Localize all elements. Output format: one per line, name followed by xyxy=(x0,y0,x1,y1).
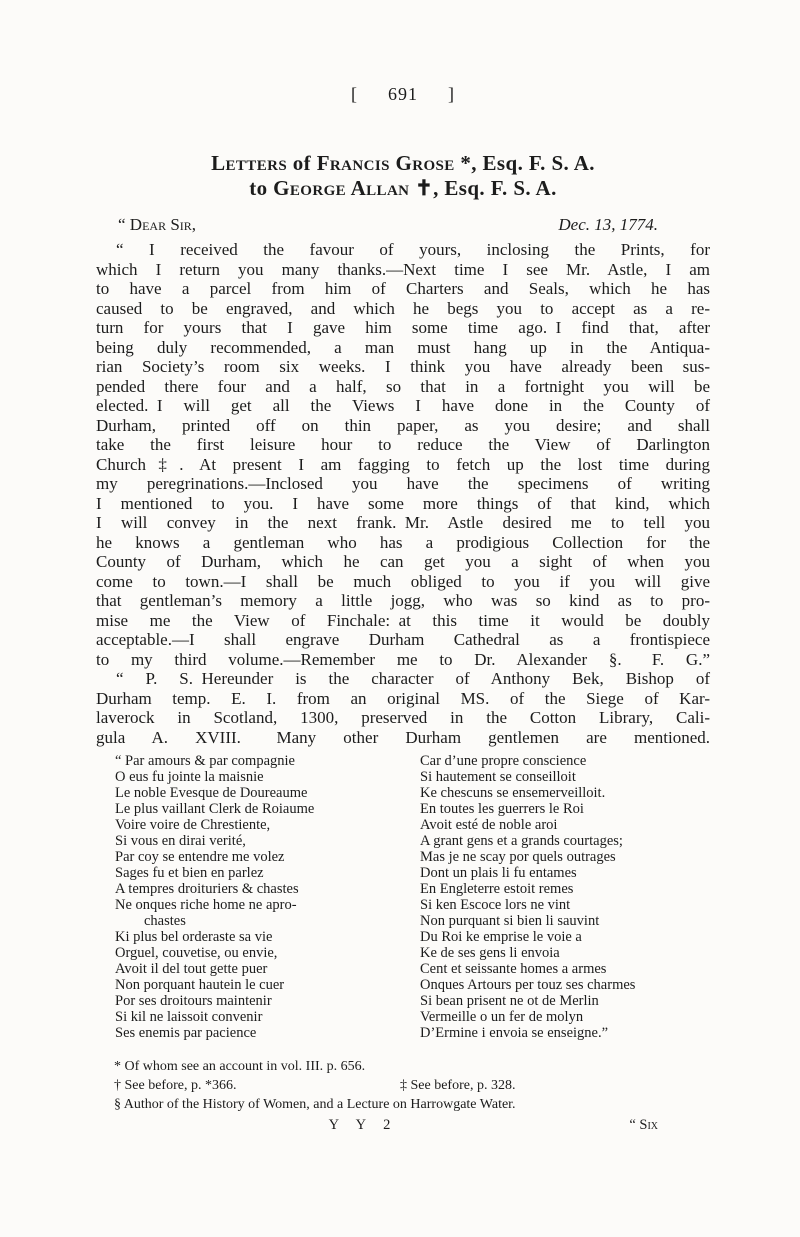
verse-line: Si vous en dirai verité, xyxy=(115,833,420,849)
article-title-line-1: Letters of Francis Grose *, Esq. F. S. A… xyxy=(96,151,710,176)
footnotes: * Of whom see an account in vol. III. p.… xyxy=(114,1057,710,1114)
letter-line: to have a parcel from him of Charters an… xyxy=(96,279,710,299)
salutation-row: “ Dear Sir, Dec. 13, 1774. xyxy=(96,215,710,235)
verse-line: Voire voire de Chrestiente, xyxy=(115,817,420,833)
verse-line: Avoit il del tout gette puer xyxy=(115,961,420,977)
catchword: “ Six xyxy=(629,1117,658,1134)
title-author-name: Francis Grose xyxy=(317,151,455,175)
letter-line: acceptable.—I shall engrave Durham Cathe… xyxy=(96,630,710,650)
footnote-asterisk: * Of whom see an account in vol. III. p.… xyxy=(114,1057,710,1076)
verse-line: A tempres droituriers & chastes xyxy=(115,881,420,897)
verse-line: Avoit esté de noble aroi xyxy=(420,817,710,833)
letter-line: which I return you many thanks.—Next tim… xyxy=(96,260,710,280)
verse-line: Mas je ne scay por quels outrages xyxy=(420,849,710,865)
letter-line: that gentleman’s memory a little jogg, w… xyxy=(96,591,710,611)
book-page: [691] Letters of Francis Grose *, Esq. F… xyxy=(0,0,800,1237)
verse-line: D’Ermine i envoia se enseigne.” xyxy=(420,1025,710,1041)
article-title-line-2: to George Allan ✝, Esq. F. S. A. xyxy=(96,176,710,201)
title-word-letters: Letters xyxy=(211,151,287,175)
verse-line: Onques Artours per touz ses charmes xyxy=(420,977,710,993)
postscript-line: “ P. S. Hereunder is the character of An… xyxy=(96,669,710,689)
verse-line: Orguel, couvetise, ou envie, xyxy=(115,945,420,961)
salutation-text: “ Dear Sir, xyxy=(96,215,196,235)
verse-line: En toutes les guerrers le Roi xyxy=(420,801,710,817)
letter-line: I will convey in the next frank. Mr. Ast… xyxy=(96,513,710,533)
verse-line: Si hautement se conseilloit xyxy=(420,769,710,785)
verse-line: Ki plus bel orderaste sa vie xyxy=(115,929,420,945)
letter-line: come to town.—I shall be much obliged to… xyxy=(96,572,710,592)
verse-line: Por ses droitours maintenir xyxy=(115,993,420,1009)
verse-line: chastes xyxy=(115,913,420,929)
letter-line: pended there four and a half, so that in… xyxy=(96,377,710,397)
verse-line: Ses enemis par pacience xyxy=(115,1025,420,1041)
verse-column-right: Car d’une propre conscienceSi hautement … xyxy=(420,753,710,1041)
verse-line: Vermeille o un fer de molyn xyxy=(420,1009,710,1025)
postscript-line: gula A. XVIII. Many other Durham gentlem… xyxy=(96,728,710,748)
verse-line: Ke de ses gens li envoia xyxy=(420,945,710,961)
footnote-section: § Author of the History of Women, and a … xyxy=(114,1095,710,1114)
letter-date: Dec. 13, 1774. xyxy=(558,215,658,235)
footnote-double-dagger: ‡ See before, p. 328. xyxy=(400,1078,515,1093)
folio-bracket-left: [ xyxy=(351,84,358,104)
folio-number: 691 xyxy=(388,84,418,105)
title-line1-tail: *, Esq. F. S. A. xyxy=(455,151,595,175)
page-footer: Y Y 2 “ Six xyxy=(96,1117,710,1137)
verse-line: Dont un plais li fu entames xyxy=(420,865,710,881)
postscript: “ P. S. Hereunder is the character of An… xyxy=(96,669,710,747)
letter-line: caused to be engraved, and which he begs… xyxy=(96,299,710,319)
verse-line: Non porquant hautein le cuer xyxy=(115,977,420,993)
verse-line: Le noble Evesque de Doureaume xyxy=(115,785,420,801)
verse-line: Ke chescuns se ensemerveilloit. xyxy=(420,785,710,801)
title-of: of xyxy=(287,151,317,175)
page-number: [691] xyxy=(96,84,710,105)
verse-line: En Engleterre estoit remes xyxy=(420,881,710,897)
gathering-signature: Y Y 2 xyxy=(96,1117,630,1134)
title-to: to xyxy=(249,176,273,200)
letter-line: I mentioned to you. I have some more thi… xyxy=(96,494,710,514)
postscript-line: laverock in Scotland, 1300, preserved in… xyxy=(96,708,710,728)
letter-line: mise me the View of Finchale: at this ti… xyxy=(96,611,710,631)
title-recipient-name: George Allan xyxy=(273,176,409,200)
letter-line: Church‡. At present I am fagging to fetc… xyxy=(96,455,710,475)
letter-line: take the first leisure hour to reduce th… xyxy=(96,435,710,455)
verse-line: A grant gens et a grands courtages; xyxy=(420,833,710,849)
verse-column-left: “ Par amours & par compagnieO eus fu joi… xyxy=(115,753,420,1041)
letter-line: he knows a gentleman who has a prodigiou… xyxy=(96,533,710,553)
folio-bracket-right: ] xyxy=(448,84,455,104)
title-line2-tail: ✝, Esq. F. S. A. xyxy=(409,176,556,200)
verse-line: Sages fu et bien en parlez xyxy=(115,865,420,881)
salutation-name: Dear Sir, xyxy=(130,215,196,234)
verse-line: Si ken Escoce lors ne vint xyxy=(420,897,710,913)
postscript-line: Durham temp. E. I. from an original MS. … xyxy=(96,689,710,709)
letter-line: County of Durham, which he can get you a… xyxy=(96,552,710,572)
verse-line: Par coy se entendre me volez xyxy=(115,849,420,865)
letter-line: my peregrinations.—Inclosed you have the… xyxy=(96,474,710,494)
verse-line: Du Roi ke emprise le voie a xyxy=(420,929,710,945)
verse-block: “ Par amours & par compagnieO eus fu joi… xyxy=(96,753,710,1041)
verse-line: O eus fu jointe la maisnie xyxy=(115,769,420,785)
letter-line: rian Society’s room six weeks. I think y… xyxy=(96,357,710,377)
salutation-quote: “ xyxy=(118,215,130,234)
footnote-row-2: † See before, p. *366.‡ See before, p. 3… xyxy=(114,1076,710,1095)
letter-line: to my third volume.—Remember me to Dr. A… xyxy=(96,650,710,670)
verse-line: Cent et seissante homes a armes xyxy=(420,961,710,977)
verse-line: Non purquant si bien li sauvint xyxy=(420,913,710,929)
verse-line: “ Par amours & par compagnie xyxy=(115,753,420,769)
article-title: Letters of Francis Grose *, Esq. F. S. A… xyxy=(96,151,710,201)
letter-line: turn for yours that I gave him some time… xyxy=(96,318,710,338)
letter-line: Durham, printed off on thin paper, as yo… xyxy=(96,416,710,436)
verse-line: Le plus vaillant Clerk de Roiaume xyxy=(115,801,420,817)
letter-line: elected. I will get all the Views I have… xyxy=(96,396,710,416)
letter-body: “ I received the favour of yours, inclos… xyxy=(96,240,710,669)
verse-line: Car d’une propre conscience xyxy=(420,753,710,769)
verse-line: Si kil ne laissoit convenir xyxy=(115,1009,420,1025)
letter-line: “ I received the favour of yours, inclos… xyxy=(96,240,710,260)
verse-line: Ne onques riche home ne apro- xyxy=(115,897,420,913)
footnote-dagger: † See before, p. *366. xyxy=(114,1076,400,1095)
letter-line: being duly recommended, a man must hang … xyxy=(96,338,710,358)
verse-line: Si bean prisent ne ot de Merlin xyxy=(420,993,710,1009)
